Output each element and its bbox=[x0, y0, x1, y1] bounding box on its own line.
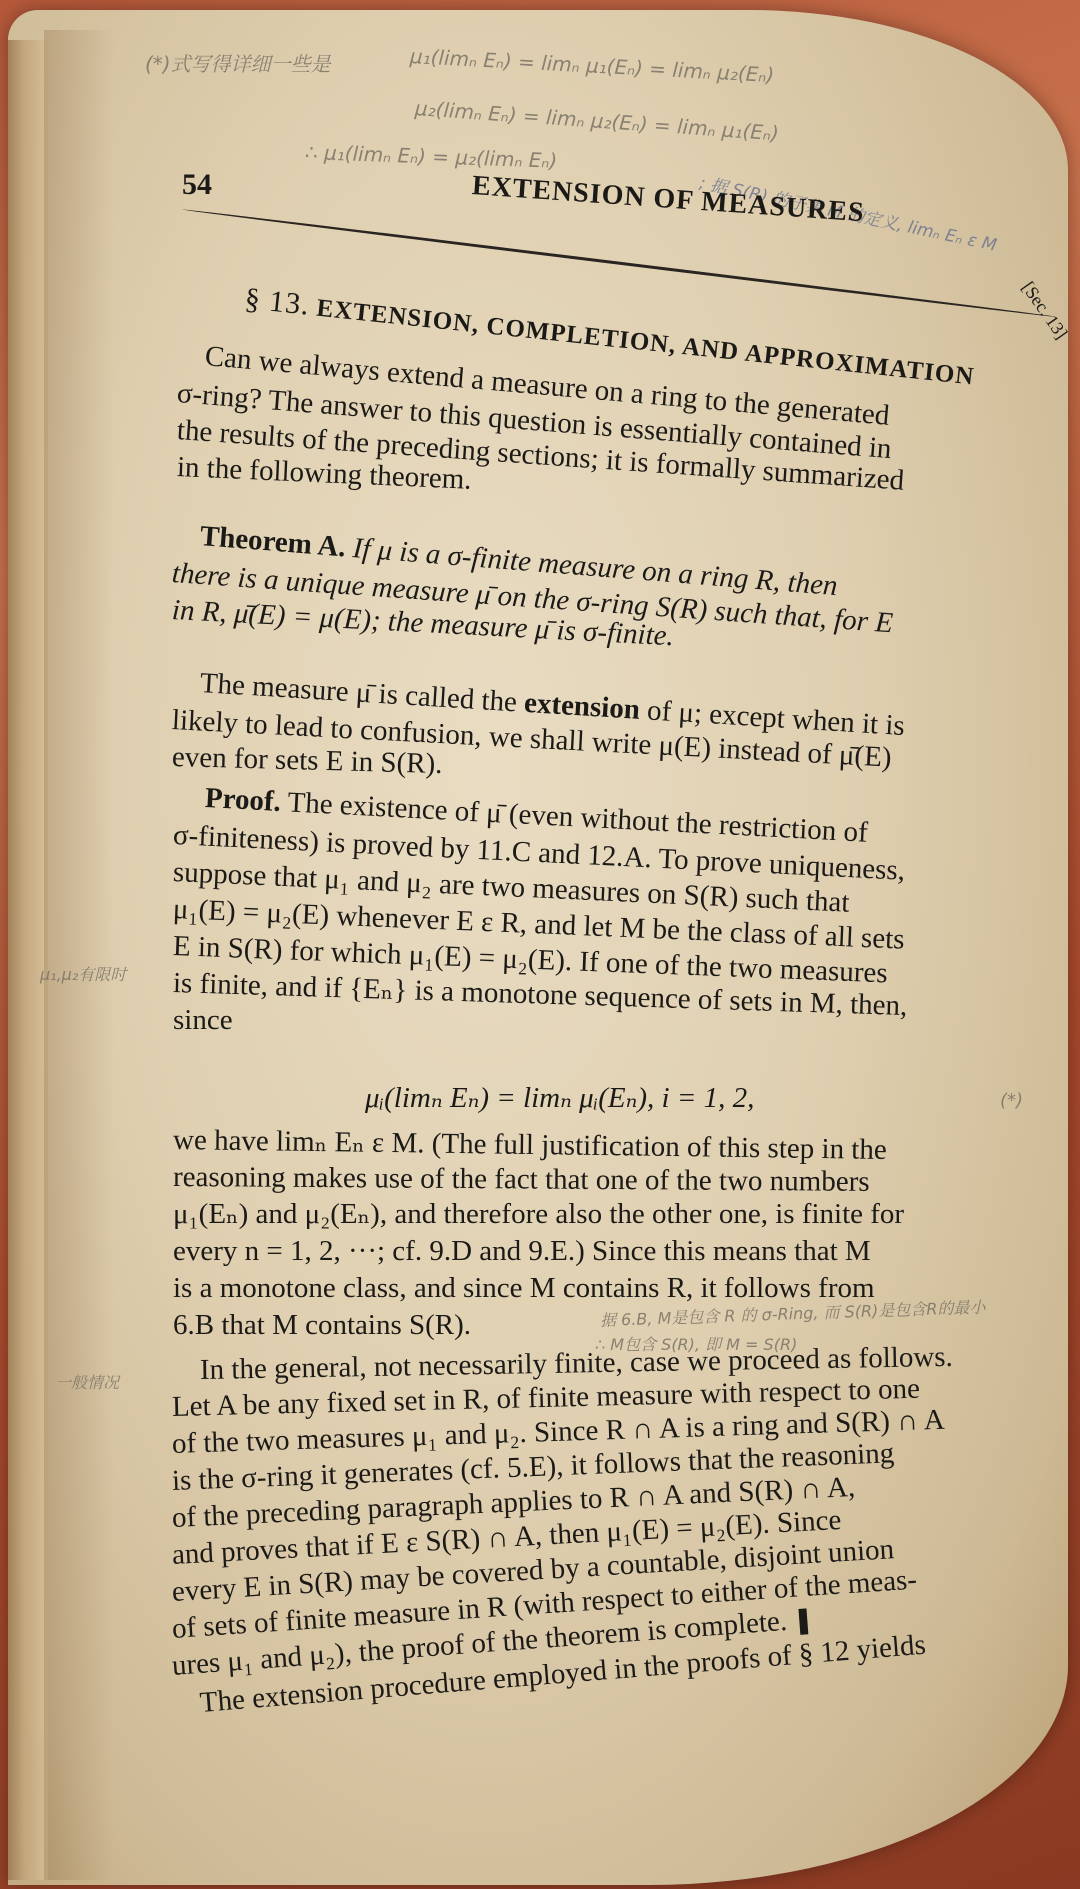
gutter-shadow bbox=[44, 30, 114, 1880]
extension-definition-paragraph: The measure μ̄ is called the extension o… bbox=[200, 665, 906, 776]
general-case-paragraph: In the general, not necessarily finite, … bbox=[200, 1352, 953, 1722]
margin-note-general-case: 一般情况 bbox=[55, 1370, 119, 1393]
intro-paragraph: Can we always extend a measure on a ring… bbox=[205, 338, 906, 486]
proof-paragraph: Proof. The existence of μ̄ (even without… bbox=[205, 780, 908, 1039]
equation-mark: (*) bbox=[1000, 1090, 1023, 1111]
theorem-a: Theorem A. If μ is a σ-finite measure on… bbox=[200, 518, 895, 629]
running-head: 54 EXTENSION OF MEASURES bbox=[182, 168, 1052, 228]
page-stack-edge bbox=[8, 40, 48, 1880]
qed-mark-icon bbox=[798, 1609, 808, 1636]
page-number: 54 bbox=[182, 168, 212, 202]
proof-label: Proof. bbox=[204, 782, 282, 818]
handwritten-note-label: (*)式写得详细一些是 bbox=[145, 48, 331, 77]
margin-note-finite-case: μ₁,μ₂有限时 bbox=[40, 962, 126, 985]
text-line: μ₁(Eₙ) and μ₂(Eₙ), and therefore also th… bbox=[173, 1196, 904, 1233]
text-line: every n = 1, 2, ···; cf. 9.D and 9.E.) S… bbox=[173, 1233, 904, 1270]
running-title: EXTENSION OF MEASURES bbox=[471, 170, 866, 229]
text-line: reasoning makes use of the fact that one… bbox=[173, 1159, 904, 1201]
term-extension: extension bbox=[523, 687, 641, 726]
theorem-label: Theorem A. bbox=[199, 520, 347, 563]
equation-star: μᵢ(limₙ Eₙ) = limₙ μᵢ(Eₙ), i = 1, 2, bbox=[365, 1080, 754, 1117]
section-number: § 13. bbox=[243, 282, 311, 322]
